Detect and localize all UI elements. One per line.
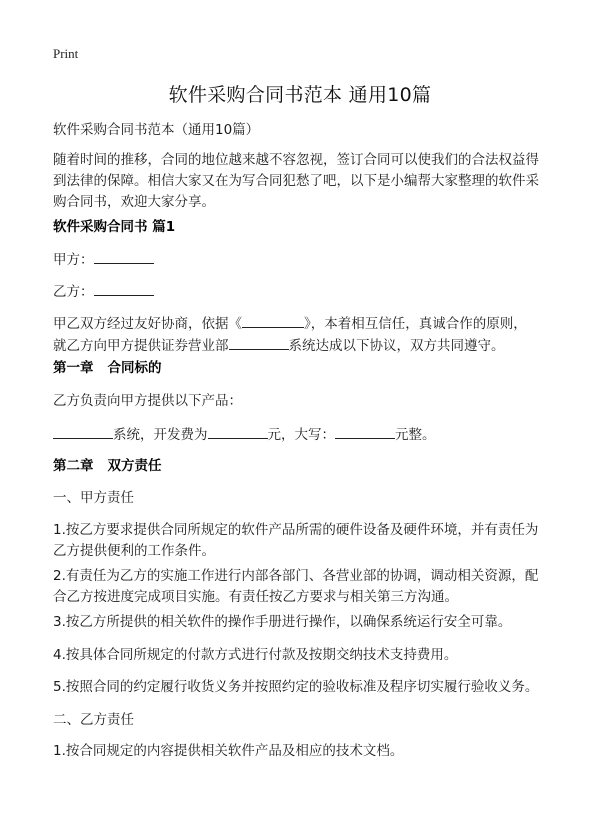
- document-subtitle: 软件采购合同书范本（通用10篇）: [53, 120, 553, 141]
- agreement-text: 》，本着相互信任，真诚合作的原则，: [304, 316, 527, 332]
- agreement-text: 就乙方向甲方提供证券营业部: [53, 338, 229, 354]
- branch-blank[interactable]: [229, 335, 289, 350]
- print-label: Print: [53, 46, 78, 62]
- document-title: 软件采购合同书范本 通用10篇: [0, 80, 600, 107]
- chapter-number: 第二章: [53, 458, 94, 474]
- party-b-label: 乙方：: [53, 284, 94, 300]
- party-a-label: 甲方：: [53, 252, 94, 268]
- chapter-number: 第一章: [53, 360, 94, 376]
- chapter1-heading: 第一章合同标的: [53, 358, 553, 379]
- chapter-title: 双方责任: [108, 458, 162, 474]
- item-line: 合乙方按进度完成项目实施。有责任按乙方要求与相关第三方沟通。: [53, 587, 553, 608]
- intro-paragraph: 随着时间的推移，合同的地位越来越不容忽视，签订合同可以使我们的合法权益得 到法律…: [53, 150, 553, 213]
- party-a-item: 1.按乙方要求提供合同所规定的软件产品所需的硬件设备及硬件环境，并有责任为 乙方…: [53, 520, 553, 562]
- party-a-item: 2.有责任为乙方的实施工作进行内部各部门、各营业部的协调，调动相关资源，配 合乙…: [53, 566, 553, 608]
- system-name-blank[interactable]: [53, 424, 113, 439]
- agreement-line: 甲乙双方经过友好协商，依据《》，本着相互信任，真诚合作的原则，: [53, 313, 553, 335]
- section-heading: 软件采购合同书 篇1: [53, 217, 553, 238]
- product-line: 系统，开发费为元，大写：元整。: [53, 424, 553, 446]
- party-a-responsibilities-heading: 一、甲方责任: [53, 488, 553, 509]
- chapter1-body: 乙方负责向甲方提供以下产品：: [53, 391, 553, 412]
- intro-line: 随着时间的推移，合同的地位越来越不容忽视，签订合同可以使我们的合法权益得: [53, 150, 553, 171]
- party-b-line: 乙方：: [53, 281, 553, 303]
- party-a-line: 甲方：: [53, 249, 553, 271]
- party-a-item: 4.按具体合同所规定的付款方式进行付款及按期交纳技术支持费用。: [53, 645, 553, 666]
- party-b-responsibilities-heading: 二、乙方责任: [53, 710, 553, 731]
- product-text: 元整。: [395, 427, 436, 443]
- item-line: 乙方提供便利的工作条件。: [53, 541, 553, 562]
- agreement-text: 甲乙双方经过友好协商，依据《: [53, 316, 242, 332]
- chapter2-heading: 第二章双方责任: [53, 456, 553, 477]
- agreement-line: 就乙方向甲方提供证券营业部系统达成以下协议，双方共同遵守。: [53, 335, 553, 357]
- chapter-title: 合同标的: [108, 360, 162, 376]
- basis-law-blank[interactable]: [242, 313, 304, 328]
- fee-amount-blank[interactable]: [208, 424, 268, 439]
- item-line: 2.有责任为乙方的实施工作进行内部各部门、各营业部的协调，调动相关资源，配: [53, 566, 553, 587]
- item-line: 1.按乙方要求提供合同所规定的软件产品所需的硬件设备及硬件环境，并有责任为: [53, 520, 553, 541]
- intro-line: 到法律的保障。相信大家又在为写合同犯愁了吧，以下是小编帮大家整理的软件采: [53, 171, 553, 192]
- fee-uppercase-blank[interactable]: [335, 424, 395, 439]
- agreement-text: 系统达成以下协议，双方共同遵守。: [289, 338, 505, 354]
- party-b-item: 1.按合同规定的内容提供相关软件产品及相应的技术文档。: [53, 741, 553, 762]
- product-text: 系统，开发费为: [113, 427, 208, 443]
- agreement-paragraph: 甲乙双方经过友好协商，依据《》，本着相互信任，真诚合作的原则， 就乙方向甲方提供…: [53, 313, 553, 357]
- product-text: 元，大写：: [268, 427, 336, 443]
- party-b-blank[interactable]: [94, 281, 154, 296]
- party-a-blank[interactable]: [94, 249, 154, 264]
- intro-line: 购合同书，欢迎大家分享。: [53, 192, 553, 213]
- party-a-item: 5.按照合同的约定履行收货义务并按照约定的验收标准及程序切实履行验收义务。: [53, 677, 553, 698]
- party-a-item: 3.按乙方所提供的相关软件的操作手册进行操作，以确保系统运行安全可靠。: [53, 612, 553, 633]
